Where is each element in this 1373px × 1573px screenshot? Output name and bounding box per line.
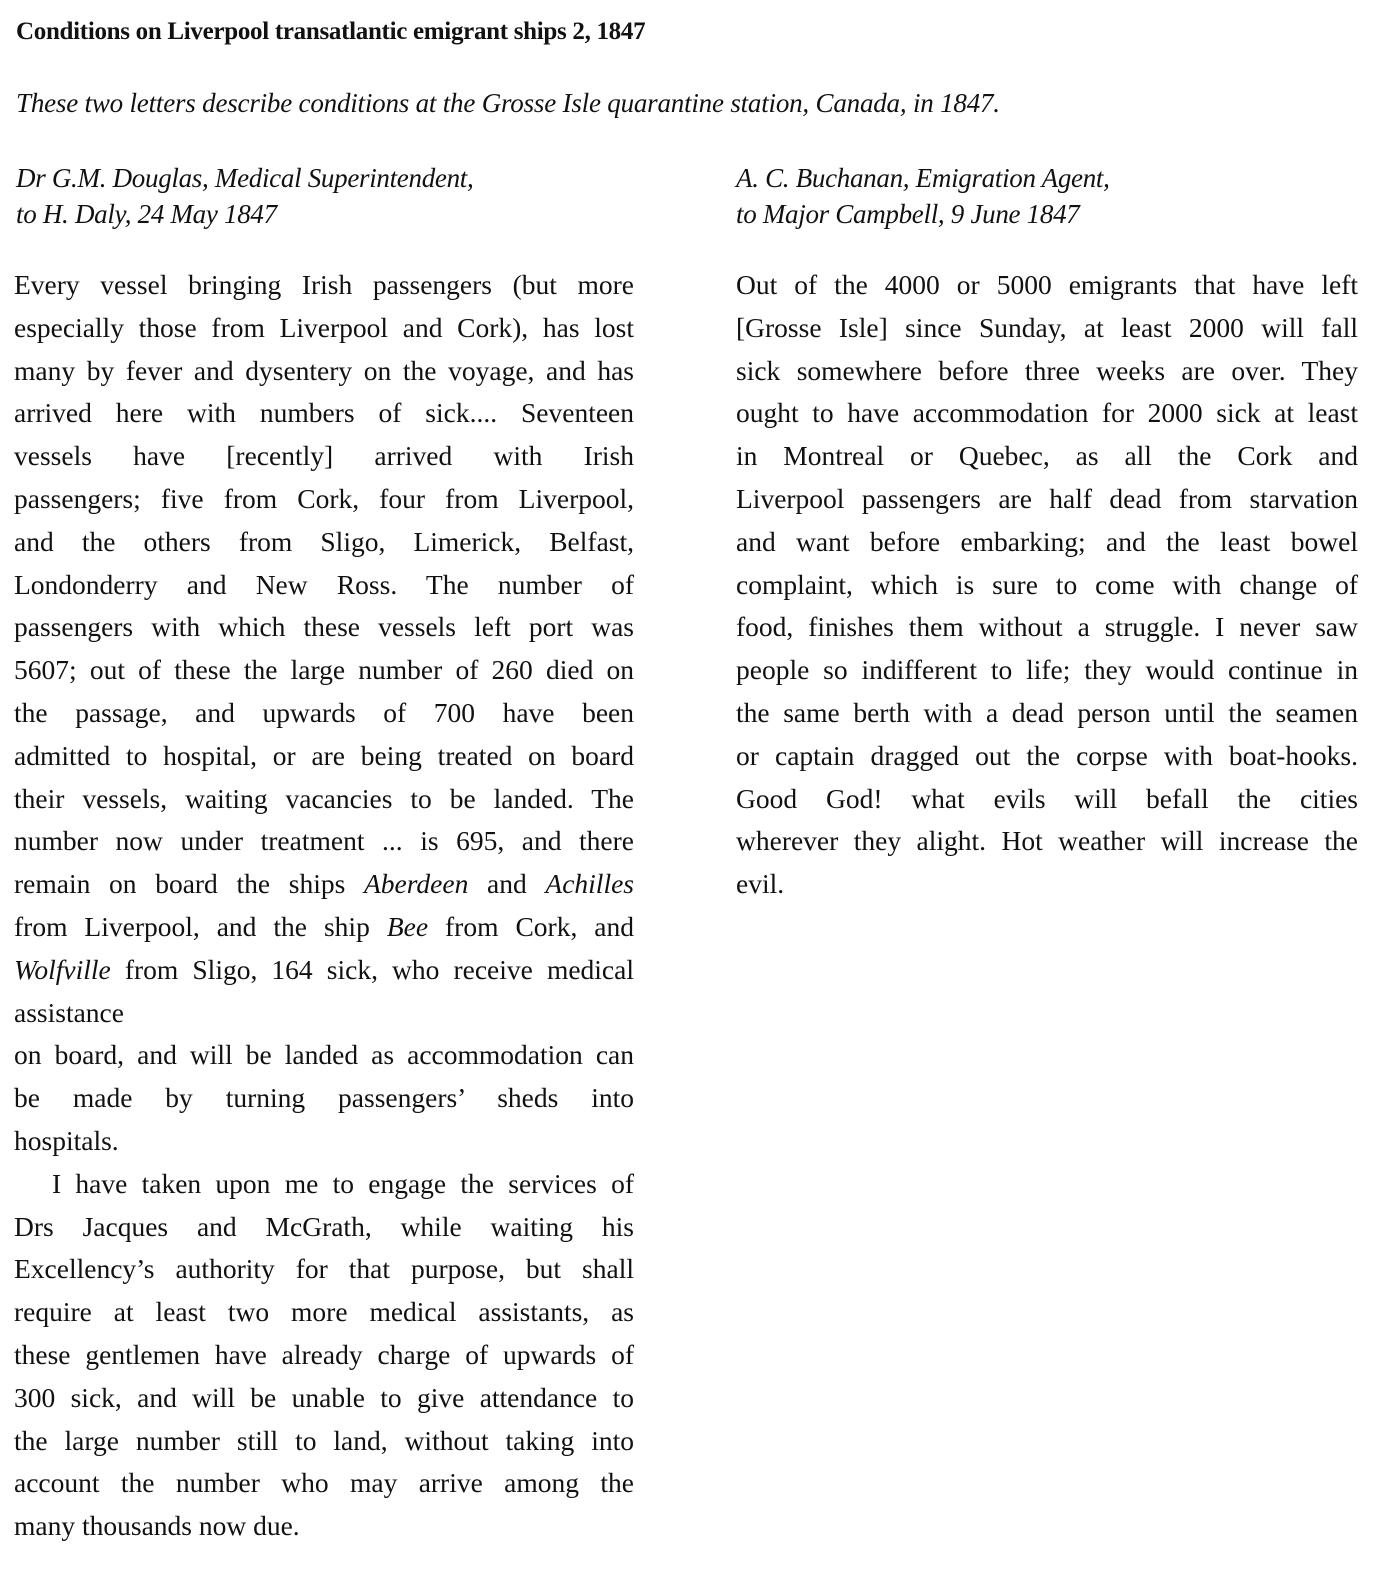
document-title: Conditions on Liverpool transatlantic em…	[16, 18, 645, 46]
letter-2-body: Out of the 4000 or 5000 emigrants that h…	[736, 264, 1358, 906]
text-line: complaint, which is sure to come with ch…	[736, 564, 1358, 607]
text-line: Wolfville from Sligo, 164 sick, who rece…	[14, 949, 634, 992]
text-line: on board, and will be landed as accommod…	[14, 1034, 634, 1077]
text-line: in Montreal or Quebec, as all the Cork a…	[736, 435, 1358, 478]
text-line: arrived here with numbers of sick.... Se…	[14, 392, 634, 435]
letter-1-body: Every vessel bringing Irish passengers (…	[14, 264, 634, 1548]
letter-2-recipient-date: to Major Campbell, 9 June 1847	[736, 196, 1110, 232]
text-line: account the number who may arrive among …	[14, 1462, 634, 1505]
text-line: especially those from Liverpool and Cork…	[14, 307, 634, 350]
text-line: and the others from Sligo, Limerick, Bel…	[14, 521, 634, 564]
ship-name: Bee	[387, 911, 428, 942]
text-line: and want before embarking; and the least…	[736, 521, 1358, 564]
text-line: Drs Jacques and McGrath, while waiting h…	[14, 1206, 634, 1249]
text-line: Good God! what evils will befall the cit…	[736, 778, 1358, 821]
letter-1-recipient-date: to H. Daly, 24 May 1847	[16, 196, 473, 232]
text-line: number now under treatment ... is 695, a…	[14, 820, 634, 863]
letter-2-author: A. C. Buchanan, Emigration Agent,	[736, 160, 1110, 196]
ship-name: Aberdeen	[364, 868, 468, 899]
text-line: their vessels, waiting vacancies to be l…	[14, 778, 634, 821]
text-line: Excellency’s authority for that purpose,…	[14, 1248, 634, 1291]
ship-name: Achilles	[545, 868, 634, 899]
text-line: I have taken upon me to engage the servi…	[14, 1163, 634, 1206]
text-line: many by fever and dysentery on the voyag…	[14, 350, 634, 393]
text-line: 300 sick, and will be unable to give att…	[14, 1377, 634, 1420]
letter-1-byline: Dr G.M. Douglas, Medical Superintendent,…	[16, 160, 473, 232]
text-line: be made by turning passengers’ sheds int…	[14, 1077, 634, 1120]
text-line: people so indifferent to life; they woul…	[736, 649, 1358, 692]
text-line: Out of the 4000 or 5000 emigrants that h…	[736, 264, 1358, 307]
text-line: require at least two more medical assist…	[14, 1291, 634, 1334]
text-line: many thousands now due.	[14, 1505, 634, 1548]
text-line: remain on board the ships Aberdeen and A…	[14, 863, 634, 906]
text-line: 5607; out of these the large number of 2…	[14, 649, 634, 692]
letter-2-byline: A. C. Buchanan, Emigration Agent, to Maj…	[736, 160, 1110, 232]
text-line: food, finishes them without a struggle. …	[736, 606, 1358, 649]
text-line: from Liverpool, and the ship Bee from Co…	[14, 906, 634, 949]
text-line: vessels have [recently] arrived with Iri…	[14, 435, 634, 478]
ship-name: Wolfville	[14, 954, 111, 985]
text-line: passengers; five from Cork, four from Li…	[14, 478, 634, 521]
text-line: Londonderry and New Ross. The number of	[14, 564, 634, 607]
document-intro: These two letters describe conditions at…	[16, 88, 1000, 119]
text-line: passengers with which these vessels left…	[14, 606, 634, 649]
text-line: the same berth with a dead person until …	[736, 692, 1358, 735]
text-line: these gentlemen have already charge of u…	[14, 1334, 634, 1377]
text-line: Every vessel bringing Irish passengers (…	[14, 264, 634, 307]
text-line: assistance	[14, 992, 634, 1035]
text-line: or captain dragged out the corpse with b…	[736, 735, 1358, 778]
text-line: evil.	[736, 863, 1358, 906]
text-line: ought to have accommodation for 2000 sic…	[736, 392, 1358, 435]
letter-1-author: Dr G.M. Douglas, Medical Superintendent,	[16, 160, 473, 196]
text-line: the passage, and upwards of 700 have bee…	[14, 692, 634, 735]
text-line: [Grosse Isle] since Sunday, at least 200…	[736, 307, 1358, 350]
text-line: Liverpool passengers are half dead from …	[736, 478, 1358, 521]
text-line: hospitals.	[14, 1120, 634, 1163]
text-line: the large number still to land, without …	[14, 1420, 634, 1463]
text-line: admitted to hospital, or are being treat…	[14, 735, 634, 778]
text-line: wherever they alight. Hot weather will i…	[736, 820, 1358, 863]
text-line: sick somewhere before three weeks are ov…	[736, 350, 1358, 393]
